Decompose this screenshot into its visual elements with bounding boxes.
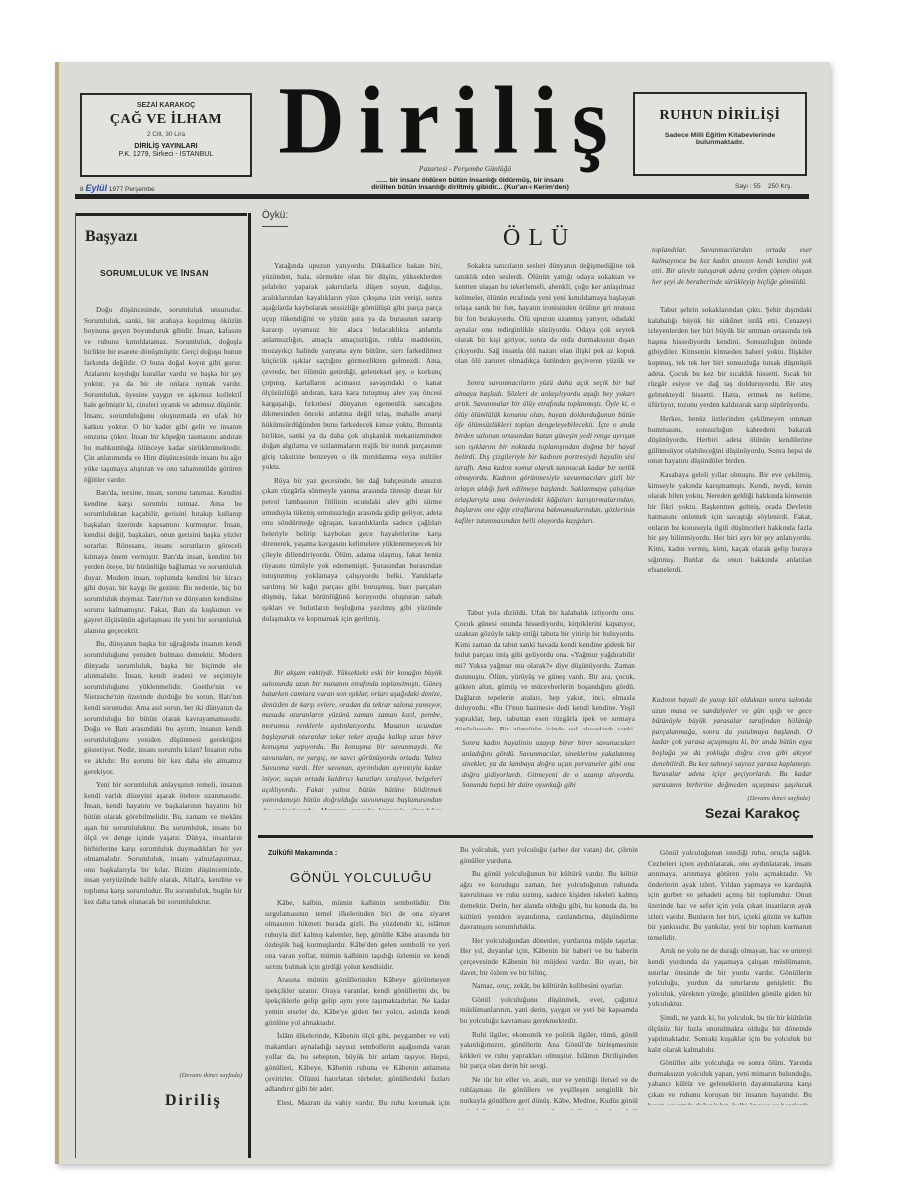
feature-kicker: Zülkûfil Makamında : [268,850,337,857]
feature-paragraph: Namaz, oruç, zekât, bu kültürün kulibesi… [460,981,638,992]
date-rest: 1977 Perşembe [109,186,155,193]
masthead-quote-2: diriliten bütün insanlığı diriltmiş gibi… [270,184,630,191]
story-column-3: Tabut şehrin sokaklarından çıktı. Şehir … [648,302,812,687]
editorial-paragraph: Batı'da, tersine, insan, sorunu tanımaz.… [84,488,242,636]
header-rule [75,194,809,199]
feature-column-1: Kâbe, kalbin, mümin kalbinin sembolüdür.… [265,895,450,1110]
masthead-quote-1: ...... bir insanı öldüren bütün insanlığ… [270,177,630,184]
left-ad-title: ÇAĞ VE İLHAM [82,112,250,128]
story-paragraph: Tabut şehrin sokaklarından çıktı. Şehir … [648,305,812,411]
masthead-title: Diriliş [270,72,630,169]
feature-paragraph: Artık ne yolu ne de durağı olmayan, hac … [648,946,812,1010]
story-italic-paragraph: toplandılar. Savunmacılardan ortada eser… [652,245,812,287]
right-ad-line1: Sadece Milli Eğitim Kitabevlerinde [635,132,805,139]
story-column-3-italic: toplandılar. Savunmacılardan ortada eser… [652,245,812,300]
feature-paragraph: Bu yolculuk, yurt yolculuğu (arher der v… [460,845,638,866]
left-ad-address: P.K. 1279, Sirkeci - İSTANBUL [82,151,250,158]
story-section-label: Öykü: [262,210,288,221]
left-ad-box: SEZAİ KARAKOÇ ÇAĞ VE İLHAM 2 Cilt, 30 Li… [80,93,252,177]
editorial-headline: SORUMLULUK VE İNSAN [100,268,209,278]
date-month-stamp: Eylül [85,183,107,193]
price: 250 Krş. [768,183,792,190]
story-column-1: Yatağında upuzun yatıyordu. Dikkatlice b… [262,258,442,658]
feature-paragraph: Ne tür bir eller ve, aralı, nur ve yenil… [460,1075,638,1110]
issue-number: Sayı : 55 [735,183,761,190]
date-line: 8 Eylül 1977 Perşembe [80,183,155,193]
feature-column-2: Bu yolculuk, yurt yolculuğu (arher der v… [460,845,638,1110]
editorial-continued: (Devamı ikinci sayfada) [150,1072,242,1079]
feature-paragraph: Ruhi ilgiler, ekonomik ve politik ilgile… [460,1030,638,1072]
left-ad-publisher: DİRİLİŞ YAYINLARI [82,143,250,150]
story-title: ÖLÜ [503,225,576,252]
story-column-3-italic-b: Kadının hayali de yanıp kül olduktan son… [652,695,812,790]
story-column-2-italic: Sonra savunmacıların yüzü daha açık seçi… [455,375,635,600]
story-column-2b-italic: Sonra kadın hayalinin uzayıp birer birer… [462,738,635,808]
editorial-top-rule [75,213,247,216]
feature-top-rule [258,835,813,838]
left-ad-edition: 2 Cilt, 30 Lira [82,131,250,138]
feature-paragraph: Gönül yolculuğunun istediği ruhu, oruçla… [648,848,812,943]
story-paragraph: Rüya bir yaz gecesinde, bir dağ bahçesin… [262,476,442,624]
story-paragraph: Yatağında upuzun yatıyordu. Dikkatlice b… [262,261,442,473]
feature-title: GÖNÜL YOLCULUĞU [290,870,432,885]
feature-paragraph: Her yolculuğundan dönenler, yurtlarına m… [460,936,638,978]
feature-column-3: Gönül yolculuğunun istediği ruhu, oruçla… [648,845,812,1105]
right-ad-title: RUHUN DİRİLİŞİ [635,108,805,124]
story-italic-paragraph: Kadının hayali de yanıp kül olduktan son… [652,695,812,790]
feature-paragraph: Arasına mümin gönüllerinden Kâbeye görün… [265,975,450,1028]
page-edge [55,62,59,1164]
date-day: 8 [80,186,84,193]
left-ad-author: SEZAİ KARAKOÇ [82,102,250,109]
right-ad-box: RUHUN DİRİLİŞİ Sadece Milli Eğitim Kitab… [633,92,807,176]
story-paragraph: Sokakta satıcıların sesleri dünyanın değ… [455,261,635,368]
editorial-body: Doğu düşüncesinde, sorumluluk unsurudur.… [84,302,242,1027]
editorial-paragraph: Doğu düşüncesinde, sorumluluk unsurudur.… [84,305,242,485]
feature-paragraph: Elest, Mazran da vahiy vardır. Bu ruhu k… [265,1098,450,1110]
feature-paragraph: Kâbe, kalbin, mümin kalbinin sembolüdür.… [265,898,450,972]
editorial-left-rule [75,213,76,1158]
story-paragraph: Tabut yola dizüldü. Ufak bir kalabalık i… [455,608,635,730]
story-label-underline [262,226,288,227]
feature-paragraph: İslâm ülkelerinde, Kâbenin ölçü gibi, pe… [265,1031,450,1095]
right-ad-line2: bulunmaktadır. [635,139,805,146]
story-paragraph: Herkes, henüz üstlerinden çekilmeyen umm… [648,414,812,467]
story-column-2: Sokakta satıcıların sesleri dünyanın değ… [455,258,635,368]
editorial-section-label: Başyazı [85,228,137,246]
feature-paragraph: Bu gönül yolculuğunun bir kültürü vardır… [460,869,638,933]
editorial-paragraph: Yeni bir sorumluluk anlayışının temeli, … [84,780,242,907]
masthead: Diriliş Pazartesi - Perşembe Günlüğü ...… [270,74,630,191]
story-column-1-italic: Bir akşam vaktiydi. Yüksekteki eski bir … [262,665,442,810]
issue-line: Sayı : 55 250 Krş. [735,183,792,190]
story-paragraph: Kasabaya geleli yıllar olmuştu. Bir eve … [648,470,812,576]
editorial-side-rule [248,213,251,1158]
footer-logo: Diriliş [165,1092,222,1110]
feature-paragraph: Gönüller aile yolculuğa ve sonra ölüm. Y… [648,1058,812,1105]
story-author: Sezai Karakoç [705,805,800,821]
story-italic-paragraph: Bir akşam vaktiydi. Yüksekteki eski bir … [262,668,442,810]
story-italic-paragraph: Sonra savunmacıların yüzü daha açık seçi… [455,378,635,526]
story-continued: (Devamı ikinci sayfada) [700,795,810,802]
story-column-2b: Tabut yola dizüldü. Ufak bir kalabalık i… [455,605,635,730]
feature-paragraph: Şimdi, ne yazık ki, bu yolculuk, bu tür … [648,1013,812,1055]
editorial-paragraph: Bu, dünyanın başka bir uğrağında insanın… [84,639,242,777]
story-italic-paragraph: Sonra kadın hayalinin uzayıp birer birer… [462,738,635,791]
feature-paragraph: Gönül yolculuğunu düşünmek, evet, çağımı… [460,995,638,1027]
